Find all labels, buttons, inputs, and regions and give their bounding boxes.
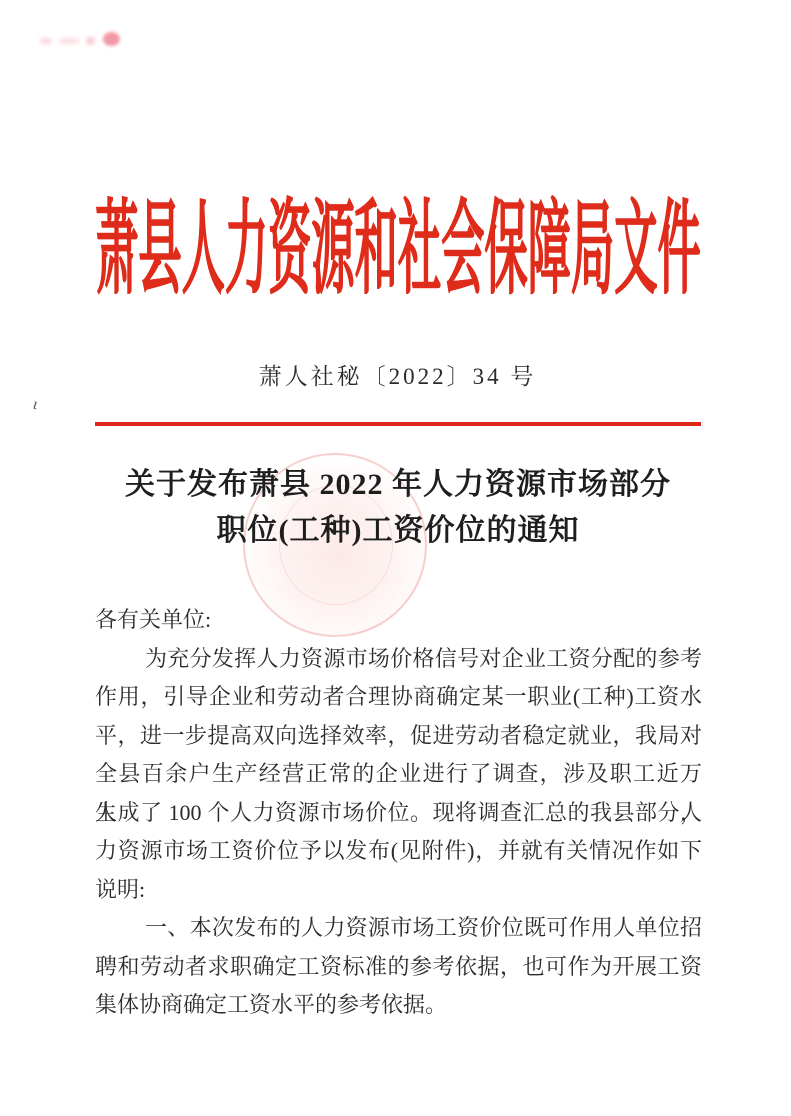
document-title-line1: 关于发布萧县 2022 年人力资源市场部分 — [95, 462, 701, 508]
scan-smudge — [40, 38, 52, 44]
document-header-banner: 萧县人力资源和社会保障局文件 — [95, 196, 701, 304]
scan-smudge — [103, 32, 120, 46]
document-number: 萧人社秘〔2022〕34 号 — [95, 358, 700, 391]
body-line: 为充分发挥人力资源市场价格信号对企业工资分配的参考 — [95, 640, 702, 679]
scan-smudge — [58, 38, 80, 44]
body-line: 聘和劳动者求职确定工资标准的参考依据，也可作为开展工资 — [95, 948, 702, 987]
document-body: 各有关单位: 为充分发挥人力资源市场价格信号对企业工资分配的参考 作用，引导企业… — [95, 601, 702, 1025]
body-line: 作用，引导企业和劳动者合理协商确定某一职业(工种)工资水 — [95, 678, 702, 717]
body-line: 平，进一步提高双向选择效率，促进劳动者稳定就业，我局对 — [95, 717, 702, 756]
document-title-line2: 职位(工种)工资价位的通知 — [95, 508, 701, 554]
body-line: 力资源市场工资价位予以发布(见附件)，并就有关情况作如下 — [95, 832, 702, 871]
body-line: 集体协商确定工资水平的参考依据。 — [95, 986, 702, 1025]
body-line: 一、本次发布的人力资源市场工资价位既可作用人单位招 — [95, 909, 702, 948]
salutation: 各有关单位: — [95, 601, 702, 640]
pen-scribble-mark: ι — [32, 396, 39, 414]
document-title: 关于发布萧县 2022 年人力资源市场部分 职位(工种)工资价位的通知 — [95, 462, 701, 554]
body-line: 生成了 100 个人力资源市场价位。现将调查汇总的我县部分人 — [95, 794, 702, 833]
scan-smudge — [86, 37, 95, 45]
red-divider-rule — [95, 422, 701, 426]
document-page: ι 萧县人力资源和社会保障局文件 萧人社秘〔2022〕34 号 关于发布萧县 2… — [0, 0, 791, 1116]
body-line: 全县百余户生产经营正常的企业进行了调查，涉及职工近万人， — [95, 755, 702, 794]
body-line: 说明: — [95, 871, 702, 910]
